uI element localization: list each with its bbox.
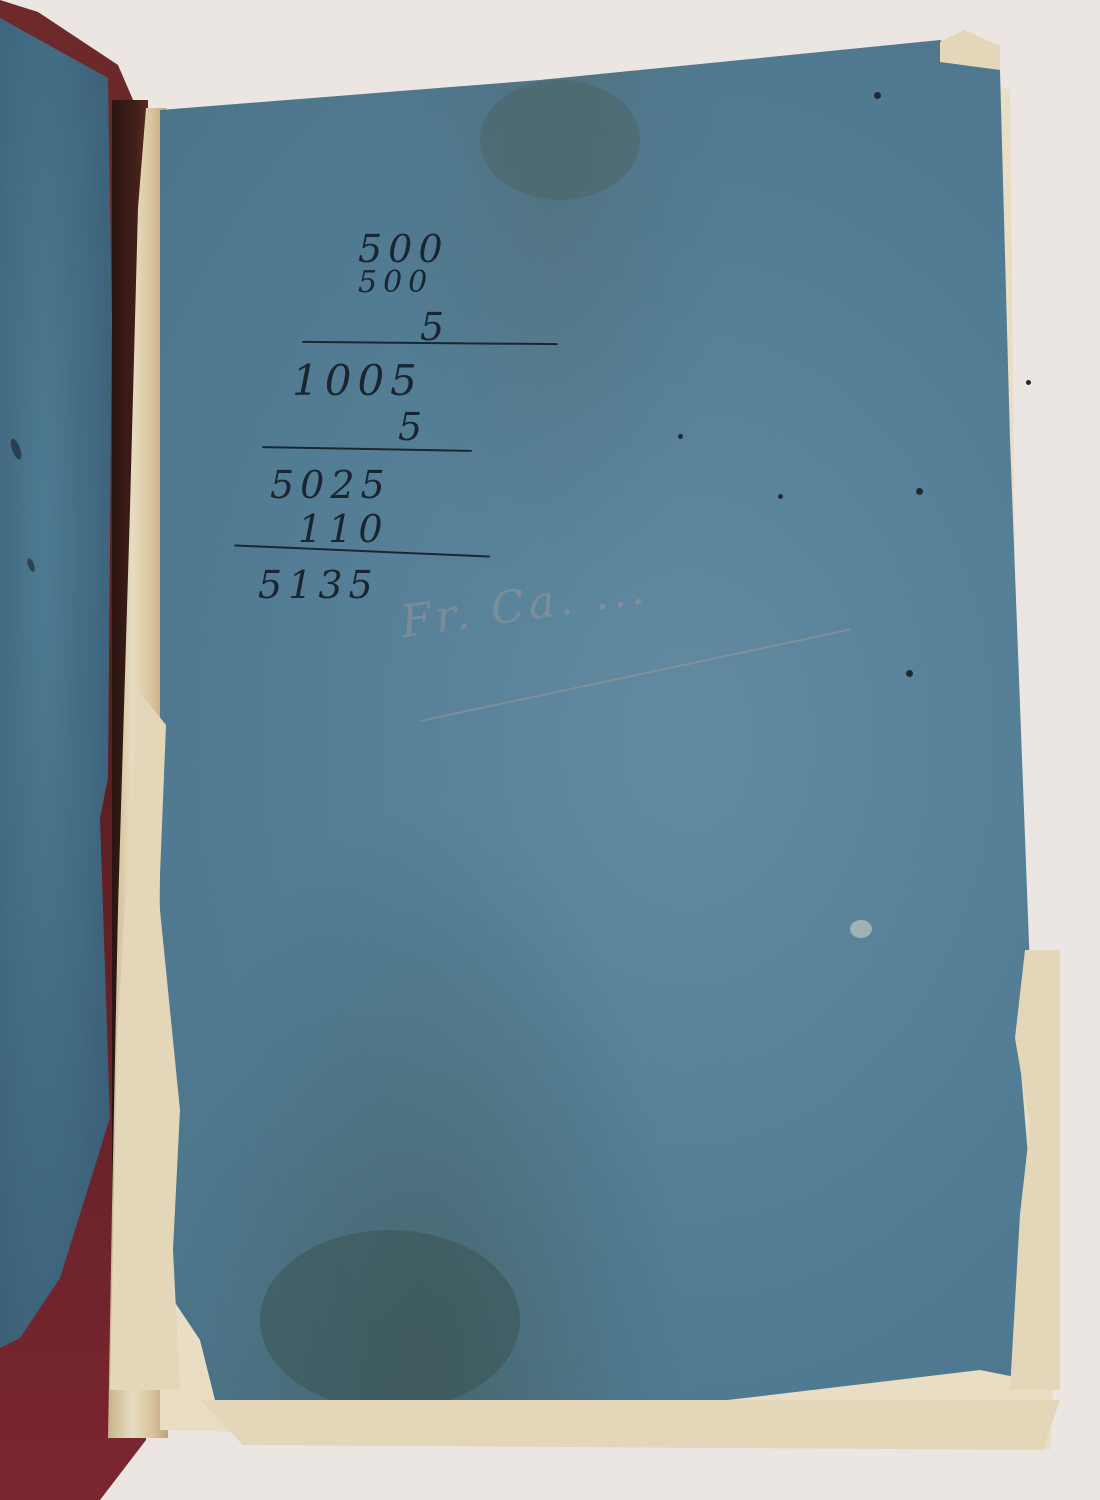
ink-blot bbox=[26, 557, 36, 572]
calc-row: 5025 bbox=[270, 466, 391, 504]
ink-speck bbox=[778, 494, 783, 499]
calc-row: 500 bbox=[358, 230, 449, 268]
ink-speck bbox=[1026, 380, 1031, 385]
calc-row: 500 bbox=[358, 268, 433, 298]
calc-row: 5 bbox=[420, 308, 450, 346]
ink-speck bbox=[916, 488, 923, 495]
ink-blot bbox=[8, 437, 23, 460]
calc-row: 110 bbox=[298, 510, 389, 548]
book-photo: 500 500 5 1005 5 5025 110 5135 Fr. Ca. .… bbox=[0, 0, 1100, 1500]
calc-row: 5135 bbox=[258, 566, 379, 604]
ink-speck bbox=[678, 434, 683, 439]
water-stain bbox=[260, 1230, 520, 1410]
calc-row: 5 bbox=[398, 408, 428, 446]
left-endpaper bbox=[0, 18, 112, 1348]
page-block-bottom bbox=[200, 1400, 1060, 1450]
ink-speck bbox=[906, 670, 913, 677]
right-endpaper bbox=[160, 40, 1040, 1440]
ink-speck bbox=[874, 92, 881, 99]
calc-row: 1005 bbox=[292, 360, 423, 402]
paper-scuff bbox=[850, 920, 872, 938]
foxing-stain bbox=[480, 80, 640, 200]
